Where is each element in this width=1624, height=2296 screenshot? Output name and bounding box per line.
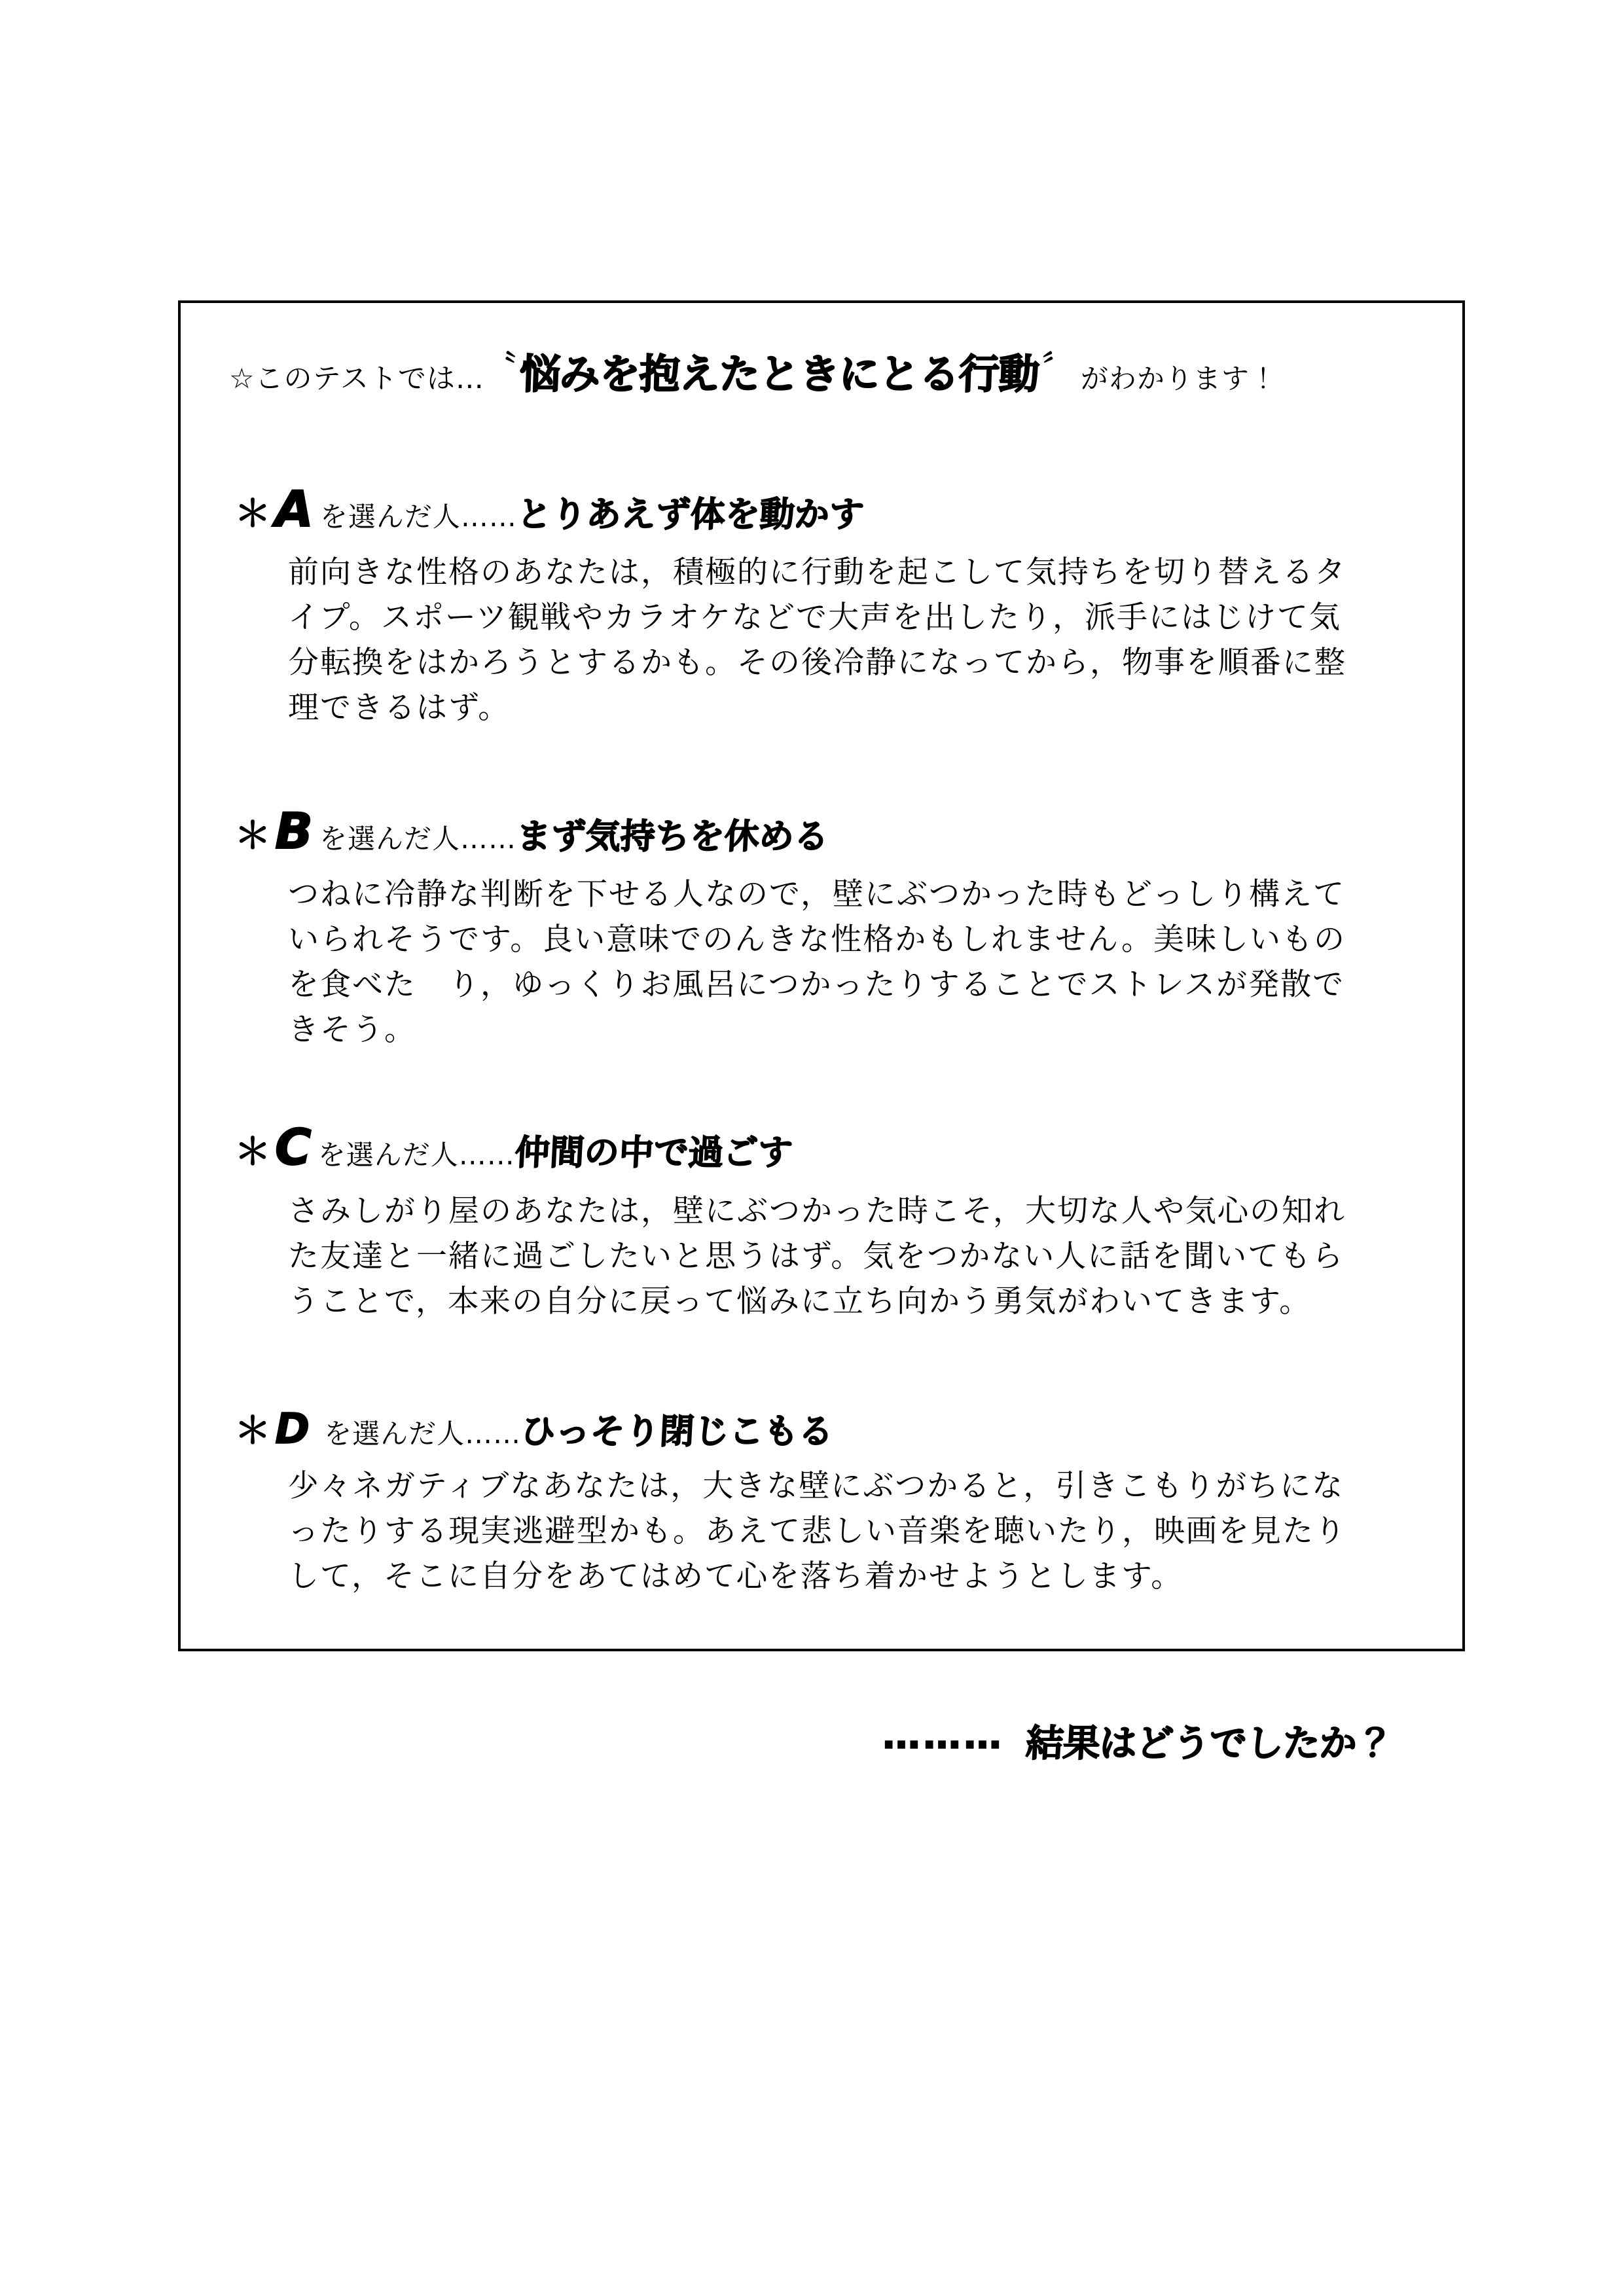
body-line: イプ。スポーツ観戦やカラオケなどで大声を出したり，派手にはじけて気 bbox=[288, 595, 1401, 640]
title-suffix: がわかります！ bbox=[1081, 357, 1278, 397]
section-c-title: 仲間の中で過ごす bbox=[514, 1125, 794, 1175]
closing-question: 結果はどうでしたか？ bbox=[1025, 1713, 1394, 1767]
asterisk-marker: ＊ bbox=[234, 1402, 271, 1454]
chose-label: を選んだ人…… bbox=[320, 495, 517, 535]
document-page: ☆このテストでは… 〝 悩みを抱えたときにとる行動 〞 がわかります！ ＊ A … bbox=[0, 0, 1624, 2296]
section-d-title: ひっそり閉じこもる bbox=[520, 1404, 835, 1454]
body-line: さみしがり屋のあなたは，壁にぶつかった時こそ，大切な人や気心の知れ bbox=[288, 1189, 1401, 1234]
title-emphasis: 悩みを抱えたときにとる行動 bbox=[518, 342, 1039, 400]
body-line: ったりする現実逃避型かも。あえて悲しい音楽を聴いたり，映画を見たり bbox=[288, 1509, 1401, 1554]
section-c-body: さみしがり屋のあなたは，壁にぶつかった時こそ，大切な人や気心の知れ た友達と一緒… bbox=[288, 1189, 1401, 1324]
section-b-title: まず気持ちを休める bbox=[515, 809, 830, 859]
body-line: して，そこに自分をあてはめて心を落ち着かせようとします。 bbox=[288, 1554, 1401, 1599]
title-close-quote: 〞 bbox=[1043, 344, 1070, 384]
section-a-body: 前向きな性格のあなたは，積極的に行動を起こして気持ちを切り替えるタ イプ。スポー… bbox=[288, 550, 1401, 730]
section-a-heading: ＊ A を選んだ人…… とりあえず体を動かす bbox=[234, 484, 864, 537]
choice-letter-d: D bbox=[275, 1408, 310, 1450]
chose-label: を選んだ人…… bbox=[319, 817, 516, 857]
body-line: きそう。 bbox=[288, 1007, 1401, 1052]
page-title: ☆このテストでは… 〝 悩みを抱えたときにとる行動 〞 がわかります！ bbox=[229, 342, 1278, 400]
body-line: つねに冷静な判断を下せる人なので，壁にぶつかった時もどっしり構えて bbox=[288, 872, 1401, 917]
title-prefix: ☆このテストでは… bbox=[229, 357, 484, 397]
body-line: た友達と一緒に過ごしたいと思うはず。気をつかない人に話を聞いてもら bbox=[288, 1234, 1401, 1279]
body-line: 前向きな性格のあなたは，積極的に行動を起こして気持ちを切り替えるタ bbox=[288, 550, 1401, 595]
section-d-heading: ＊ D を選んだ人…… ひっそり閉じこもる bbox=[234, 1402, 833, 1454]
section-d-body: 少々ネガティブなあなたは，大きな壁にぶつかると，引きこもりがちにな ったりする現… bbox=[288, 1463, 1401, 1599]
asterisk-marker: ＊ bbox=[234, 807, 271, 859]
closing-remark: ……… 結果はどうでしたか？ bbox=[882, 1713, 1393, 1767]
section-c-heading: ＊ C を選んだ人…… 仲間の中で過ごす bbox=[234, 1122, 793, 1175]
section-a-title: とりあえず体を動かす bbox=[516, 487, 865, 537]
chose-label: を選んだ人…… bbox=[318, 1134, 515, 1173]
leading-ellipsis: ……… bbox=[882, 1713, 1004, 1757]
choice-letter-b: B bbox=[275, 806, 313, 856]
asterisk-marker: ＊ bbox=[234, 1123, 271, 1175]
choice-letter-c: C bbox=[275, 1122, 312, 1172]
body-line: を食べた り，ゆっくりお風呂につかったりすることでストレスが発散で bbox=[288, 962, 1401, 1007]
section-b-heading: ＊ B を選んだ人…… まず気持ちを休める bbox=[234, 806, 829, 859]
choice-letter-a: A bbox=[275, 484, 314, 534]
body-line: いられそうです。良い意味でのんきな性格かもしれません。美味しいもの bbox=[288, 917, 1401, 962]
section-b-body: つねに冷静な判断を下せる人なので，壁にぶつかった時もどっしり構えて いられそうで… bbox=[288, 872, 1401, 1052]
body-line: 理できるはず。 bbox=[288, 685, 1401, 730]
chose-label: を選んだ人…… bbox=[324, 1412, 521, 1452]
body-line: 少々ネガティブなあなたは，大きな壁にぶつかると，引きこもりがちにな bbox=[288, 1463, 1401, 1509]
body-line: 分転換をはかろうとするかも。その後冷静になってから，物事を順番に整 bbox=[288, 640, 1401, 685]
body-line: うことで，本来の自分に戻って悩みに立ち向かう勇気がわいてきます。 bbox=[288, 1279, 1401, 1324]
asterisk-marker: ＊ bbox=[234, 485, 271, 537]
title-open-quote: 〝 bbox=[488, 344, 516, 384]
